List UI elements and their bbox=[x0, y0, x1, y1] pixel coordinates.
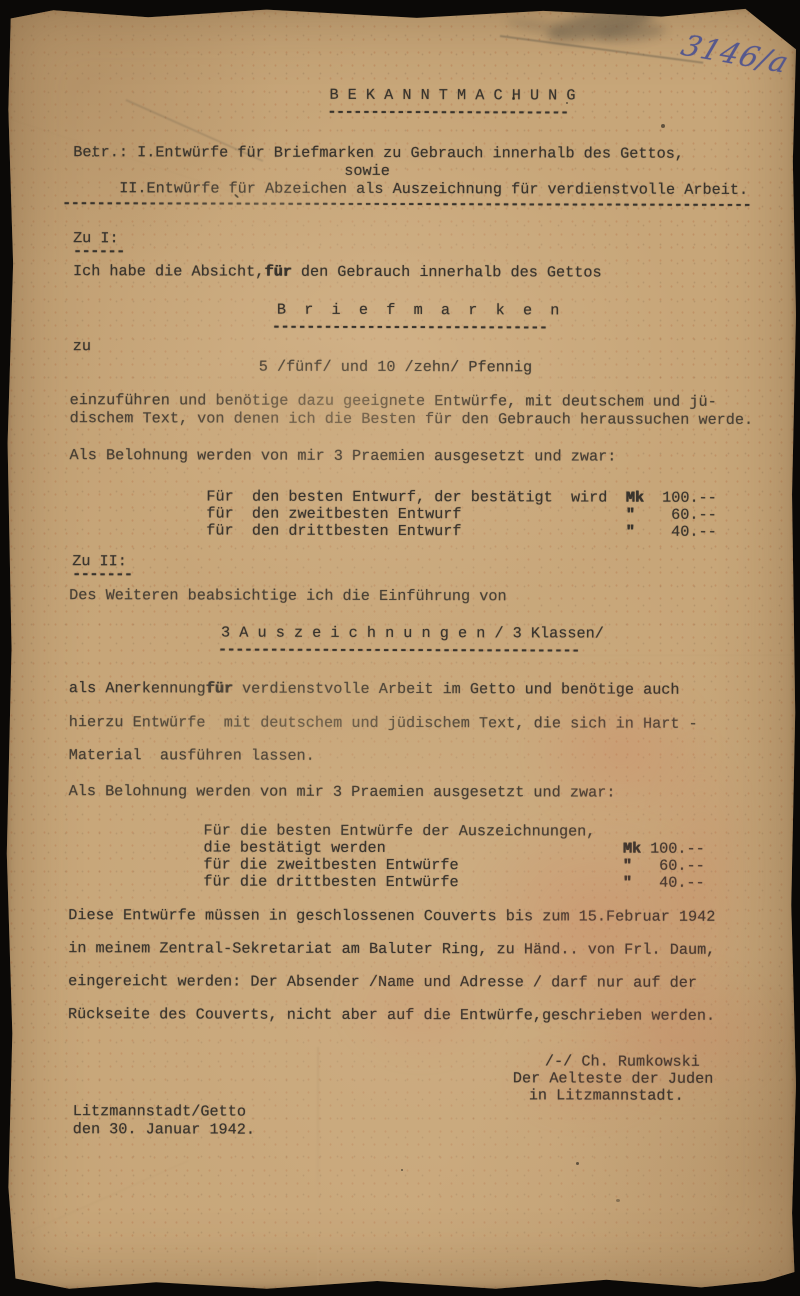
scan-background: B E K A N N T M A C H U N G-------------… bbox=[0, 0, 800, 1296]
typed-line: 5 /fünf/ und 10 /zehn/ Pfennig bbox=[259, 359, 532, 377]
typed-line: einzuführen und benötige dazu geeignete … bbox=[70, 392, 717, 411]
dashed-rule: ----------------------------------------… bbox=[62, 195, 751, 214]
red-stain bbox=[506, 1037, 666, 1127]
screenshot-root: { "page": { "kind": "scanned typewritten… bbox=[0, 0, 800, 1296]
doc-title: B E K A N N T M A C H U N G bbox=[329, 87, 575, 105]
paper-crease bbox=[317, 1047, 319, 1287]
typed-line: für den drittbesten Entwurf " 40.-- bbox=[206, 522, 716, 540]
ink-speck bbox=[512, 97, 515, 100]
ink-speck bbox=[566, 102, 568, 104]
typed-line: Als Belohnung werden von mir 3 Praemien … bbox=[69, 447, 616, 465]
paper-crease bbox=[426, 655, 796, 657]
typed-line: sowie bbox=[344, 163, 390, 180]
red-stain bbox=[646, 727, 756, 1027]
ink-speck bbox=[92, 155, 94, 157]
red-stain bbox=[336, 947, 506, 1067]
typed-line: Material ausführen lassen. bbox=[69, 747, 315, 765]
typed-line: Betr.: I.Entwürfe für Briefmarken zu Geb… bbox=[73, 144, 684, 163]
dashed-rule: -------------------------------- bbox=[272, 319, 548, 337]
typed-line: zu bbox=[73, 338, 91, 355]
ink-speck bbox=[616, 1199, 620, 1202]
typed-line: Ich habe die Absicht,für den Gebrauch in… bbox=[73, 263, 602, 281]
typed-line: B r i e f m a r k e n bbox=[277, 302, 560, 320]
place-line: Litzmannstadt/Getto bbox=[73, 1103, 246, 1120]
paper-sheet: B E K A N N T M A C H U N G-------------… bbox=[6, 7, 796, 1290]
dashed-rule: ---------------------------- bbox=[327, 104, 568, 122]
ink-speck bbox=[576, 1162, 579, 1165]
dashed-rule: ------ bbox=[73, 243, 125, 260]
typed-line: dischem Text, von denen ich die Besten f… bbox=[70, 410, 754, 429]
dashed-rule: ------- bbox=[72, 566, 132, 583]
ink-speck bbox=[401, 1169, 403, 1171]
date-line: den 30. Januar 1942. bbox=[73, 1121, 255, 1138]
typed-line: Des Weiteren beabsichtige ich die Einfüh… bbox=[69, 587, 507, 605]
ink-speck bbox=[661, 124, 665, 128]
